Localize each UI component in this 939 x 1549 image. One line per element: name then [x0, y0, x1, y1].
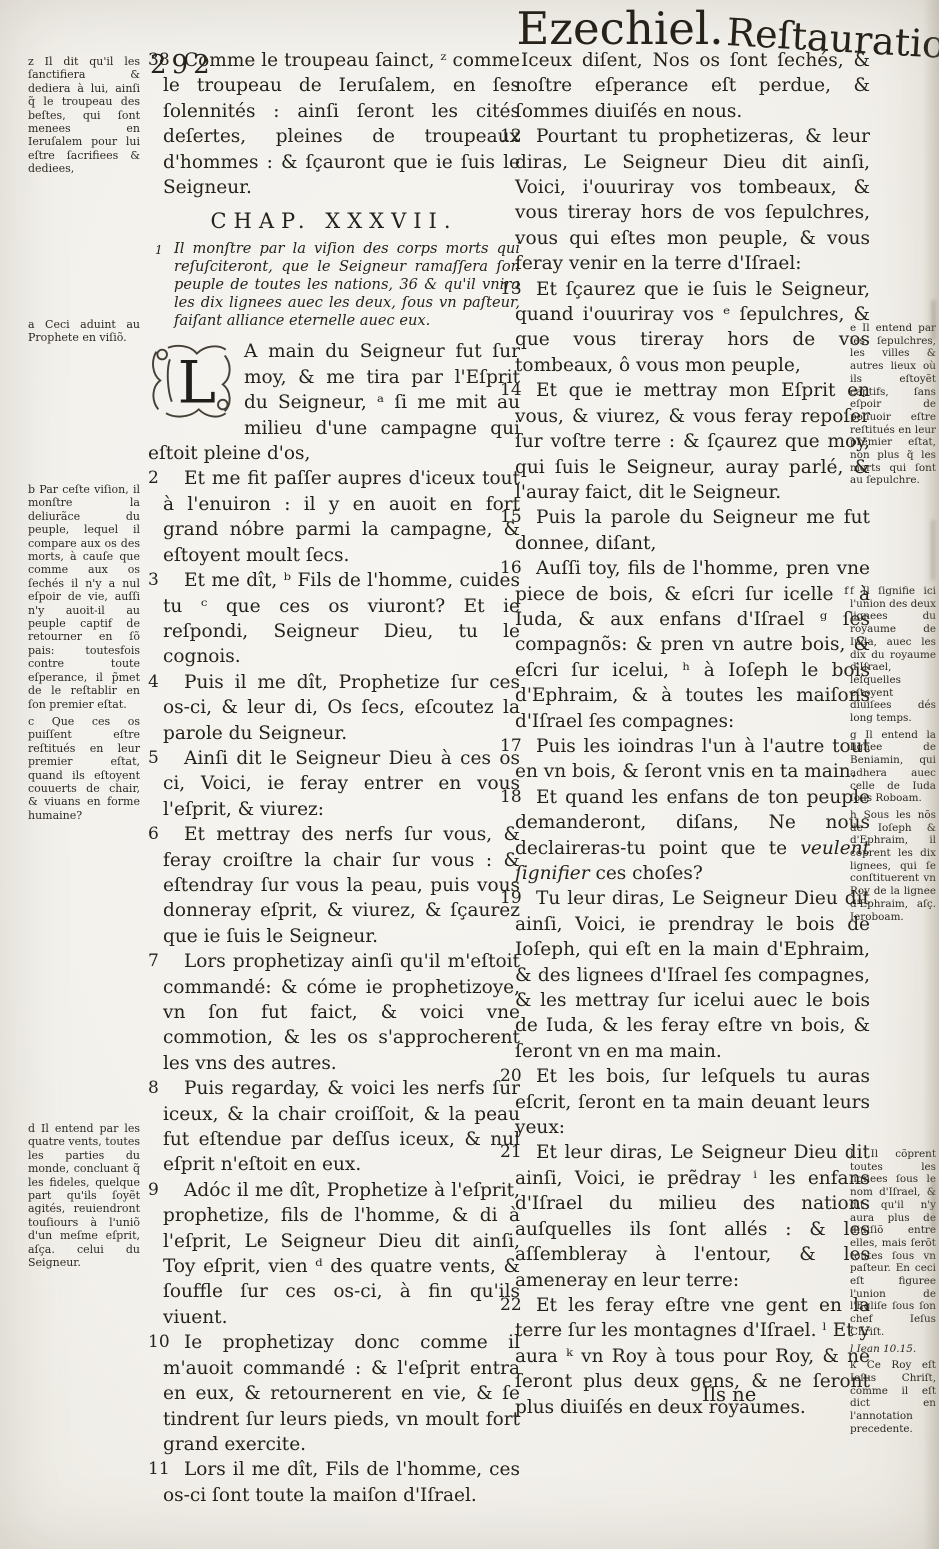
drop-cap-initial-L-icon: L: [148, 342, 236, 419]
verse-number: 12: [500, 124, 522, 149]
verse-number: 8: [148, 1076, 159, 1101]
argument-number: 1: [155, 241, 163, 259]
verse-8: 8Puis regarday, & voici les nerfs ſur ic…: [148, 1076, 520, 1178]
verse-15: 15Puis la parole du Seigneur me fut donn…: [500, 505, 870, 556]
verse-7: 7Lors prophetizay ainſi qu'il m'eſtoit c…: [148, 949, 520, 1076]
scan-artifact: [931, 1180, 936, 1230]
verse-11: 11Lors il me dît, Fils de l'homme, ces o…: [148, 1457, 520, 1508]
scan-edge-shading: [923, 0, 939, 1549]
verse-14: 14Et que ie mettray mon Eſprit en vous, …: [500, 378, 870, 505]
verse-number: 15: [500, 505, 522, 530]
margin-note-a: a Ceci aduint au Prophete en viſiõ.: [28, 318, 140, 345]
verse-5: 5Ainſi dit le Seigneur Dieu à ces os ci,…: [148, 746, 520, 822]
right-text-column: Iceux diſent, Nos os ſont ſechés, & noſt…: [500, 48, 870, 1420]
verse-number: 5: [148, 746, 159, 771]
verse-text: Puis la parole du Seigneur me fut donnee…: [515, 507, 870, 553]
verse-6: 6Et mettray des nerfs ſur vous, & feray …: [148, 822, 520, 949]
margin-note-c: c Que ces os puiſſent eſtre reſtitués en…: [28, 715, 140, 822]
verse-number: 3: [148, 568, 159, 593]
verse-text: Et me fit paſſer aupres d'iceux tout à l…: [163, 468, 520, 565]
verse-text: Et leur diras, Le Seigneur Dieu dit ainſ…: [515, 1142, 870, 1290]
verse-19: 19Tu leur diras, Le Seigneur Dieu dit ai…: [500, 886, 870, 1064]
verse-text: Iceux diſent, Nos os ſont ſechés, & noſt…: [515, 50, 870, 122]
verse-text: Ainſi dit le Seigneur Dieu à ces os ci, …: [163, 748, 520, 820]
catchword: Ils ne: [702, 1383, 756, 1406]
verse-text: Ie prophetizay donc comme il m'auoit com…: [163, 1332, 520, 1455]
verse-text: Lors il me dît, Fils de l'homme, ces os-…: [163, 1459, 520, 1505]
scan-artifact: [931, 300, 936, 340]
verse-text: Comme le troupeau ſainct, ᶻ comme le tro…: [163, 50, 520, 198]
verse-number: 13: [500, 277, 522, 302]
verse-text: Tu leur diras, Le Seigneur Dieu dit ainſ…: [515, 888, 870, 1061]
verse-text: Auſſi toy, fils de l'homme, pren vne pie…: [515, 558, 870, 731]
verse-38: 38Comme le troupeau ſainct, ᶻ comme le t…: [148, 48, 520, 200]
verse-text: Puis les ioindras l'un à l'autre tout en…: [515, 736, 870, 782]
verse-number: 19: [500, 886, 522, 911]
margin-note-d: d Il entend par les quatre vents, toutes…: [28, 1122, 140, 1269]
verse-18: 18Et quand les enfans de ton peuple dema…: [500, 785, 870, 887]
verse-number: 9: [148, 1178, 159, 1203]
verse-text: Adóc il me dît, Prophetize à l'eſprit, p…: [163, 1180, 520, 1328]
verse-21: 21Et leur diras, Le Seigneur Dieu dit ai…: [500, 1140, 870, 1292]
verse-13: 13Et ſçaurez que ie ſuis le Seigneur, qu…: [500, 277, 870, 379]
verse-11-continuation: Iceux diſent, Nos os ſont ſechés, & noſt…: [500, 48, 870, 124]
verse-text: Et que ie mettray mon Eſprit en vous, & …: [515, 380, 870, 503]
verse-text: Et ſçaurez que ie ſuis le Seigneur, quan…: [515, 279, 870, 376]
verse-22: 22Et les feray eſtre vne gent en la terr…: [500, 1293, 870, 1420]
verse-text: Et les feray eſtre vne gent en la terre …: [515, 1295, 870, 1418]
verse-number: 6: [148, 822, 159, 847]
verse-number: 4: [148, 670, 159, 695]
verse-text: Puis il me dît, Prophetize ſur ces os-ci…: [163, 672, 520, 744]
margin-note-group-bc: b Par ceſte viſion, il monſtre la deliur…: [28, 483, 140, 826]
verse-1: L A main du Seigneur fut ſur moy, & me t…: [148, 339, 520, 466]
verse-text: Puis regarday, & voici les nerfs ſur ice…: [163, 1078, 520, 1175]
margin-note-z: z Il dit qu'il les ſanctifiera & dediera…: [28, 55, 140, 176]
left-text-column: 38Comme le troupeau ſainct, ᶻ comme le t…: [148, 48, 520, 1508]
scan-artifact: [931, 520, 935, 580]
verse-number: 21: [500, 1140, 522, 1165]
verse-12: 12Pourtant tu prophetizeras, & leur dira…: [500, 124, 870, 276]
verse-text: Pourtant tu prophetizeras, & leur diras,…: [515, 126, 870, 274]
chapter-heading: CHAP. XXXVII.: [148, 209, 520, 233]
verse-text: Et les bois, ſur leſquels tu auras eſcri…: [515, 1066, 870, 1138]
verse-number: 22: [500, 1293, 522, 1318]
verse-text: Lors prophetizay ainſi qu'il m'eſtoit co…: [163, 951, 520, 1074]
argument-text: Il monſtre par la viſion des corps morts…: [174, 240, 520, 329]
verse-10: 10Ie prophetizay donc comme il m'auoit c…: [148, 1330, 520, 1457]
verse-number: 16: [500, 556, 522, 581]
margin-note-b: b Par ceſte viſion, il monſtre la deliur…: [28, 483, 140, 711]
verse-number: 11: [148, 1457, 170, 1482]
verse-3: 3Et me dît, ᵇ Fils de l'homme, cuides tu…: [148, 568, 520, 670]
verse-number: 2: [148, 466, 159, 491]
verse-number: 18: [500, 785, 522, 810]
verse-number: 17: [500, 734, 522, 759]
verse-16: 16Auſſi toy, fils de l'homme, pren vne p…: [500, 556, 870, 734]
verse-number: 38: [148, 48, 170, 73]
verse-number: 20: [500, 1064, 522, 1089]
verse-number: 7: [148, 949, 159, 974]
verse-2: 2Et me fit paſſer aupres d'iceux tout à …: [148, 466, 520, 568]
chapter-argument: 1Il monſtre par la viſion des corps mort…: [148, 240, 520, 330]
verse-number: 14: [500, 378, 522, 403]
verse-text: ces choſes?: [590, 863, 703, 884]
verse-17: 17Puis les ioindras l'un à l'autre tout …: [500, 734, 870, 785]
verse-20: 20Et les bois, ſur leſquels tu auras eſc…: [500, 1064, 870, 1140]
verse-text: Et mettray des nerfs ſur vous, & feray c…: [163, 824, 520, 947]
verse-4: 4Puis il me dît, Prophetize ſur ces os-c…: [148, 670, 520, 746]
verse-text: Et me dît, ᵇ Fils de l'homme, cuides tu …: [163, 570, 520, 667]
svg-text:L: L: [178, 349, 216, 417]
verse-number: 10: [148, 1330, 170, 1355]
verse-9: 9Adóc il me dît, Prophetize à l'eſprit, …: [148, 1178, 520, 1330]
scanned-book-page: 292 Ezechiel. Reſtauration. z Il dit qu'…: [0, 0, 939, 1549]
